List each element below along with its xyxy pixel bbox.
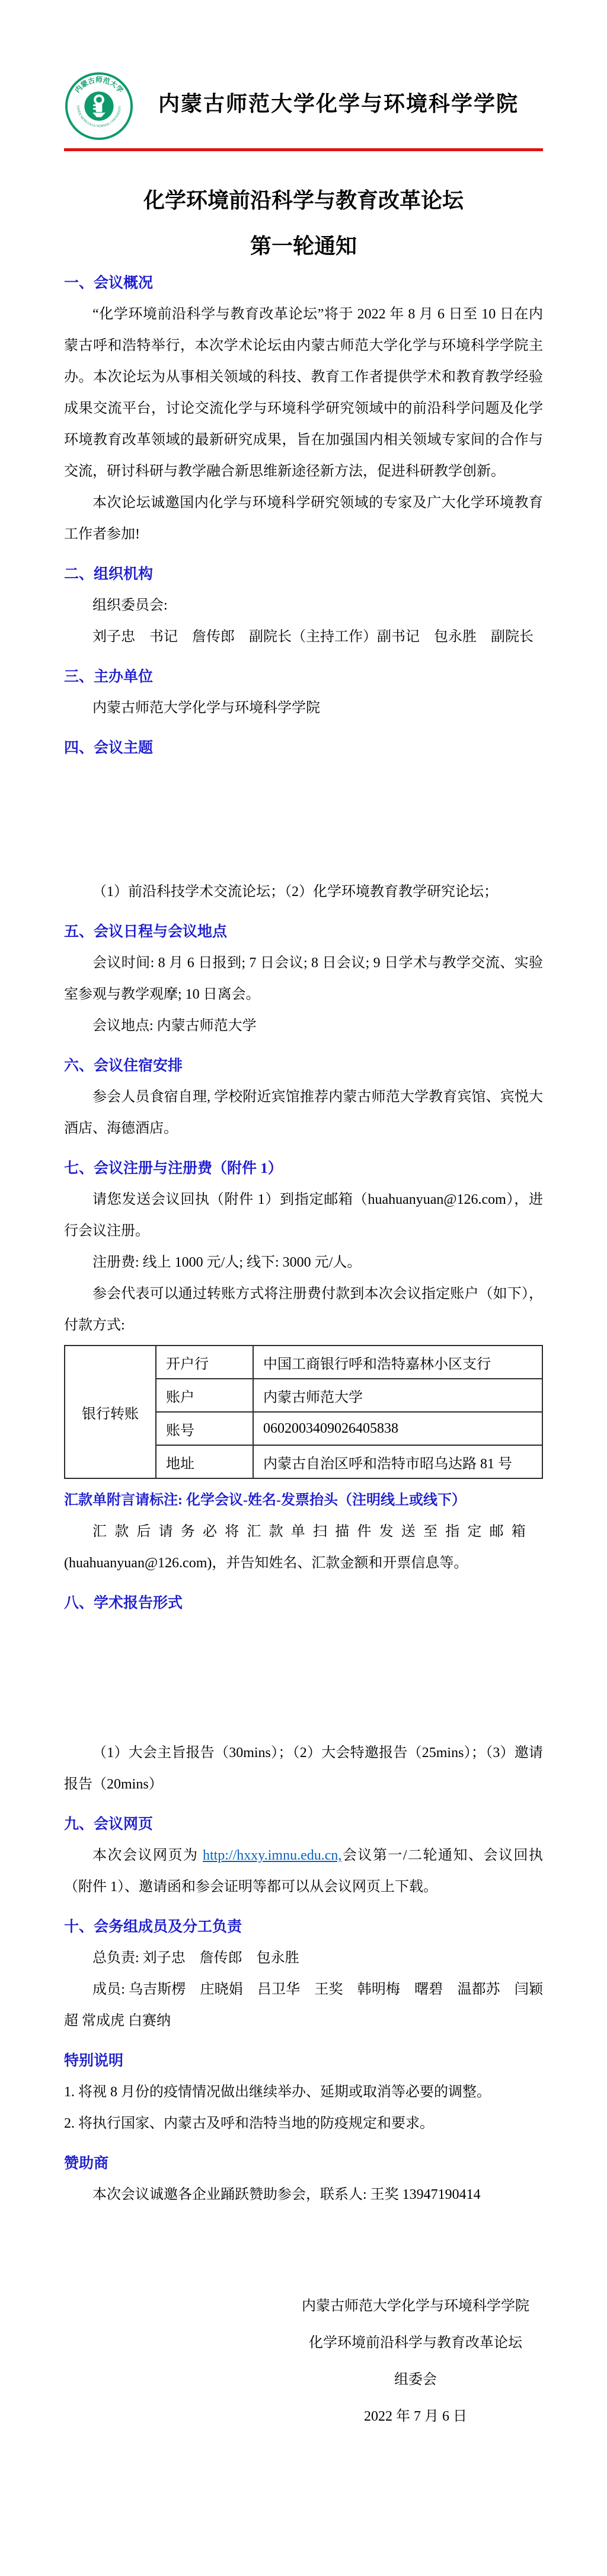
report-formats: （1）大会主旨报告（30mins）；（2）大会特邀报告（25mins）；（3）邀… — [64, 1737, 543, 1800]
section-10-heading: 十、会务组成员及分工负责 — [64, 1911, 543, 1943]
document-page: 内蒙古师范大学 INNER MONGOLIA NORMAL UNIVERSITY… — [0, 0, 607, 2576]
red-divider — [64, 148, 543, 151]
signature-forum: 化学环境前沿科学与教育改革论坛 — [288, 2325, 543, 2361]
bank-name-value: 中国工商银行呼和浩特嘉林小区支行 — [253, 1346, 542, 1379]
section-7-heading: 七、会议注册与注册费（附件 1） — [64, 1153, 543, 1184]
section-8-heading: 八、学术报告形式 — [64, 1587, 543, 1619]
bank-transfer-table: 银行转账 开户行 中国工商银行呼和浩特嘉林小区支行 账户 内蒙古师范大学 账号 … — [64, 1345, 543, 1479]
section-1-paragraph: 本次论坛诚邀国内化学与环境科学研究领域的专家及广大化学环境教育工作者参加! — [64, 487, 543, 550]
sponsor-invitation: 本次会议诚邀各企业踊跃赞助参会，联系人: 王奖 13947190414 — [64, 2179, 543, 2211]
blank-space — [64, 764, 543, 876]
host-organization: 内蒙古师范大学化学与环境科学学院 — [64, 693, 543, 724]
special-note-2: 2. 将执行国家、内蒙古及呼和浩特当地的防疫规定和要求。 — [64, 2108, 543, 2140]
section-1-paragraph: “化学环境前沿科学与教育改革论坛”将于 2022 年 8 月 6 日至 10 日… — [64, 299, 543, 487]
blank-space — [64, 1619, 543, 1737]
general-leads: 总负责: 刘子忠 詹传郎 包永胜 — [64, 1943, 543, 1974]
signature-block: 内蒙古师范大学化学与环境科学学院 化学环境前沿科学与教育改革论坛 组委会 202… — [288, 2288, 543, 2435]
signature-college: 内蒙古师范大学化学与环境科学学院 — [288, 2288, 543, 2325]
webpage-text-pre: 本次会议网页为 — [92, 1848, 203, 1863]
signature-date: 2022 年 7 月 6 日 — [288, 2398, 543, 2435]
table-row: 银行转账 开户行 中国工商银行呼和浩特嘉林小区支行 — [65, 1346, 542, 1379]
special-note-1: 1. 将视 8 月份的疫情情况做出继续举办、延期或取消等必要的调整。 — [64, 2077, 543, 2108]
account-name-label: 账户 — [156, 1379, 253, 1412]
bank-transfer-label: 银行转账 — [65, 1346, 156, 1478]
signature-committee: 组委会 — [288, 2361, 543, 2398]
conference-webpage-paragraph: 本次会议网页为 http://hxxy.imnu.edu.cn,会议第一/二轮通… — [64, 1840, 543, 1903]
sponsor-heading: 赞助商 — [64, 2148, 543, 2179]
accommodation-info: 参会人员食宿自理, 学校附近宾馆推荐内蒙古师范大学教育宾馆、宾悦大酒店、海德酒店… — [64, 1082, 543, 1144]
registration-fee: 注册费: 线上 1000 元/人; 线下: 3000 元/人。 — [64, 1247, 543, 1279]
section-4-heading: 四、会议主题 — [64, 732, 543, 764]
organizing-committee-label: 组织委员会: — [64, 590, 543, 621]
address-value: 内蒙古自治区呼和浩特市昭乌达路 81 号 — [253, 1445, 542, 1478]
section-1-heading: 一、会议概况 — [64, 267, 543, 299]
college-name-title: 内蒙古师范大学化学与环境科学学院 — [134, 87, 543, 117]
account-number-label: 账号 — [156, 1412, 253, 1445]
section-9-heading: 九、会议网页 — [64, 1809, 543, 1840]
forum-title: 化学环境前沿科学与教育改革论坛 — [64, 188, 543, 213]
staff-members: 成员: 乌吉斯楞 庄晓娟 吕卫华 王奖 韩明梅 曙碧 温都苏 闫颖超 常成虎 白… — [64, 1974, 543, 2037]
account-name-value: 内蒙古师范大学 — [253, 1379, 542, 1412]
section-3-heading: 三、主办单位 — [64, 661, 543, 693]
section-6-heading: 六、会议住宿安排 — [64, 1050, 543, 1082]
section-2-heading: 二、组织机构 — [64, 559, 543, 590]
account-number-value: 0602003409026405838 — [253, 1412, 542, 1445]
conference-webpage-link[interactable]: http://hxxy.imnu.edu.cn, — [203, 1848, 341, 1863]
payment-method-intro: 参会代表可以通过转账方式将注册费付款到本次会议指定账户（如下），付款方式: — [64, 1279, 543, 1341]
section-5-heading: 五、会议日程与会议地点 — [64, 916, 543, 948]
remittance-note: 汇款单附言请标注: 化学会议-姓名-发票抬头（注明线上或线下） — [64, 1485, 543, 1516]
notice-subtitle: 第一轮通知 — [64, 234, 543, 259]
address-label: 地址 — [156, 1445, 253, 1478]
conference-schedule: 会议时间: 8 月 6 日报到; 7 日会议; 8 日会议; 9 日学术与教学交… — [64, 948, 543, 1010]
university-logo-icon: 内蒙古师范大学 INNER MONGOLIA NORMAL UNIVERSITY — [64, 71, 134, 141]
bank-name-label: 开户行 — [156, 1346, 253, 1379]
remittance-instruction-line1: 汇款后请务必将汇款单扫描件发送至指定邮箱 — [64, 1516, 543, 1548]
document-header: 内蒙古师范大学 INNER MONGOLIA NORMAL UNIVERSITY… — [64, 64, 543, 148]
conference-topics: （1）前沿科技学术交流论坛；（2）化学环境教育教学研究论坛； — [64, 876, 543, 908]
special-notes-heading: 特别说明 — [64, 2045, 543, 2077]
organizing-committee-members: 刘子忠 书记 詹传郎 副院长（主持工作）副书记 包永胜 副院长 — [64, 621, 543, 653]
registration-email-info: 请您发送会议回执（附件 1）到指定邮箱（huahuanyuan@126.com）… — [64, 1184, 543, 1247]
conference-location: 会议地点: 内蒙古师范大学 — [64, 1010, 543, 1042]
remittance-instruction-line2: (huahuanyuan@126.com)，并告知姓名、汇款金额和开票信息等。 — [64, 1548, 543, 1579]
